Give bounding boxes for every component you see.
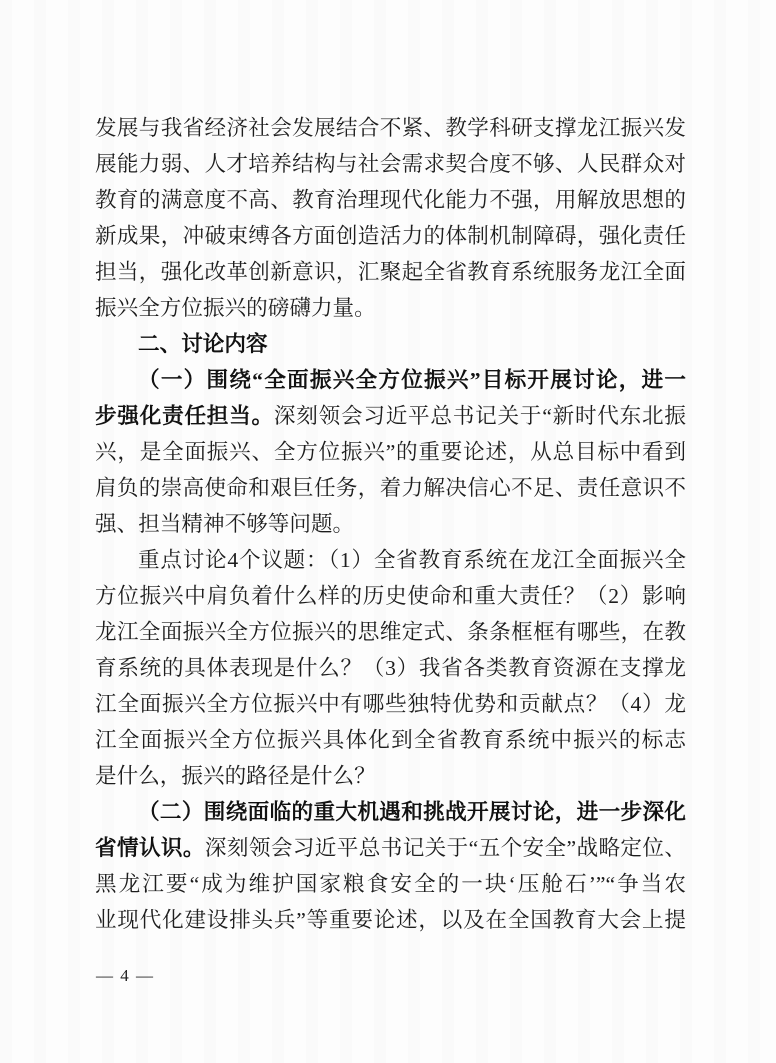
text-line: 担当，强化改革创新意识，汇聚起全省教育系统服务龙江全面 bbox=[95, 254, 686, 290]
section-heading: 二、讨论内容 bbox=[95, 326, 686, 362]
document-body: 发展与我省经济社会发展结合不紧、教学科研支撑龙江振兴发 展能力弱、人才培养结构与… bbox=[95, 110, 686, 938]
text-line: 育系统的具体表现是什么？（3）我省各类教育资源在支撑龙 bbox=[95, 650, 686, 686]
text-line: 新成果，冲破束缚各方面创造活力的体制机制障碍，强化责任 bbox=[95, 218, 686, 254]
text-segment: 深刻领会习近平总书记关于“新时代东北振 bbox=[274, 404, 686, 428]
text-line: 展能力弱、人才培养结构与社会需求契合度不够、人民群众对 bbox=[95, 146, 686, 182]
bold-lead-in: 省情认识。 bbox=[95, 836, 205, 860]
bold-lead-in: 步强化责任担当。 bbox=[95, 404, 274, 428]
text-line: 强、担当精神不够等问题。 bbox=[95, 506, 686, 542]
text-line: 发展与我省经济社会发展结合不紧、教学科研支撑龙江振兴发 bbox=[95, 110, 686, 146]
text-line: 龙江全面振兴全方位振兴的思维定式、条条框框有哪些，在教 bbox=[95, 614, 686, 650]
text-line: 重点讨论4个议题：（1）全省教育系统在龙江全面振兴全 bbox=[95, 542, 686, 578]
page-number: — 4 — bbox=[96, 966, 155, 986]
text-line: 兴，是全面振兴、全方位振兴”的重要论述，从总目标中看到 bbox=[95, 434, 686, 470]
text-line: 江全面振兴全方位振兴中有哪些独特优势和贡献点？（4）龙 bbox=[95, 686, 686, 722]
text-segment: 深刻领会习近平总书记关于“五个安全”战略定位、 bbox=[205, 836, 686, 860]
text-line: （一）围绕“全面振兴全方位振兴”目标开展讨论，进一 bbox=[95, 362, 686, 398]
text-line: 教育的满意度不高、教育治理现代化能力不强，用解放思想的 bbox=[95, 182, 686, 218]
text-line: 步强化责任担当。深刻领会习近平总书记关于“新时代东北振 bbox=[95, 398, 686, 434]
text-line: （二）围绕面临的重大机遇和挑战开展讨论，进一步深化 bbox=[95, 794, 686, 830]
text-line: 振兴全方位振兴的磅礴力量。 bbox=[95, 290, 686, 326]
text-line: 业现代化建设排头兵”等重要论述，以及在全国教育大会上提 bbox=[95, 902, 686, 938]
text-line: 江全面振兴全方位振兴具体化到全省教育系统中振兴的标志 bbox=[95, 722, 686, 758]
text-line: 是什么，振兴的路径是什么？ bbox=[95, 758, 686, 794]
text-line: 黑龙江要“成为维护国家粮食安全的一块‘压舱石’”“争当农 bbox=[95, 866, 686, 902]
text-line: 方位振兴中肩负着什么样的历史使命和重大责任？（2）影响 bbox=[95, 578, 686, 614]
scanned-document-page: 发展与我省经济社会发展结合不紧、教学科研支撑龙江振兴发 展能力弱、人才培养结构与… bbox=[0, 0, 776, 1063]
text-line: 省情认识。深刻领会习近平总书记关于“五个安全”战略定位、 bbox=[95, 830, 686, 866]
text-line: 肩负的崇高使命和艰巨任务，着力解决信心不足、责任意识不 bbox=[95, 470, 686, 506]
